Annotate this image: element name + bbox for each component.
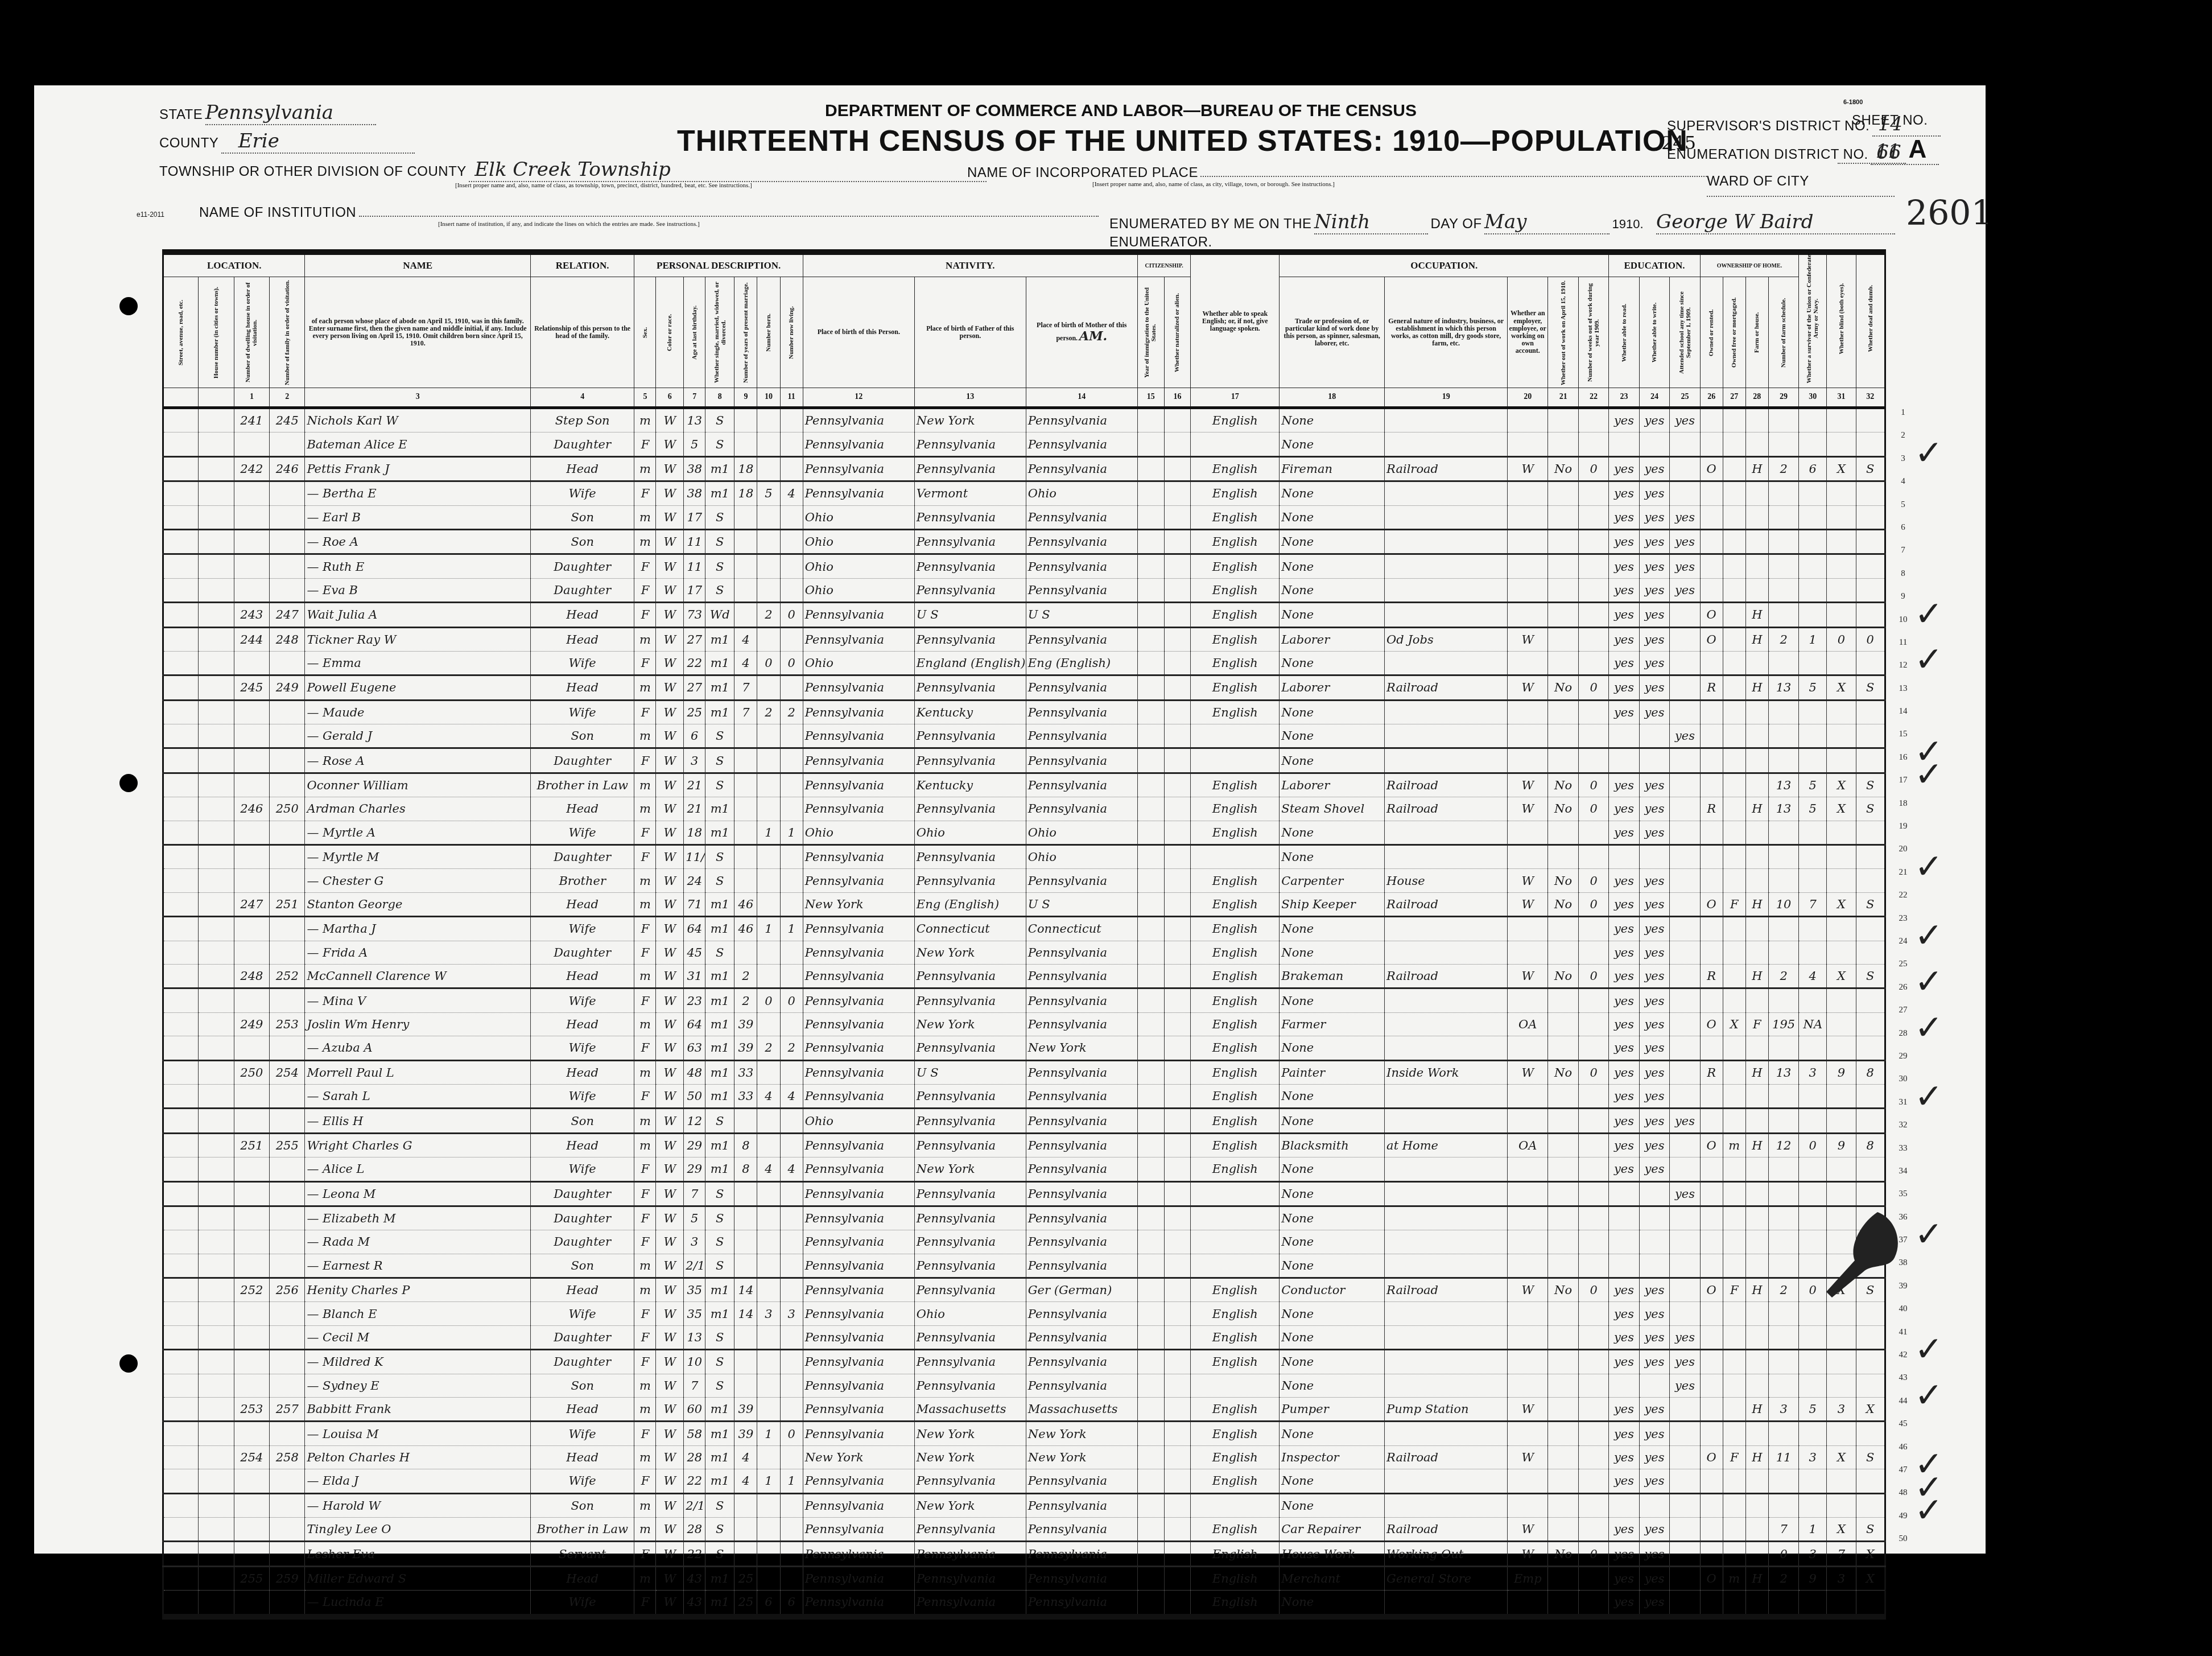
cell-rel: Son [530, 1493, 634, 1517]
cell-cl: 4 [780, 481, 803, 505]
line-number: 4 [1892, 470, 1914, 493]
cell-occ: None [1280, 1469, 1385, 1493]
cell-nat [1164, 821, 1191, 845]
cell-mf [1723, 675, 1745, 700]
county-field: County Erie [159, 130, 415, 154]
cell-name: — Ruth E [305, 554, 530, 578]
cell-c30: 9 [1799, 1566, 1827, 1590]
header-children-living: Number now living. [780, 277, 803, 388]
cell-lang: English [1191, 1302, 1280, 1325]
cell-bf: Pennsylvania [914, 964, 1026, 988]
cell-c32 [1856, 603, 1885, 627]
cell-emp [1508, 1230, 1548, 1254]
cell-wr: yes [1639, 456, 1669, 481]
line-number: 50 [1892, 1527, 1914, 1550]
cell-c32 [1856, 988, 1885, 1012]
cell-age: 22 [684, 1469, 705, 1493]
cell-name: — Roe A [305, 529, 530, 554]
cell-nat [1164, 578, 1191, 602]
cell-ym [734, 941, 757, 964]
cell-imm [1137, 456, 1164, 481]
cell-wk [1578, 1374, 1608, 1397]
cell-nat [1164, 1517, 1191, 1541]
line-number: 40 [1892, 1297, 1914, 1320]
cell-emp [1508, 529, 1548, 554]
header-write: Whether able to write. [1639, 277, 1669, 388]
cell-ow: No [1548, 773, 1578, 797]
sheet-label: Sheet No. [1852, 113, 1928, 129]
cell-lang [1191, 1206, 1280, 1230]
cell-name: — Sydney E [305, 1374, 530, 1397]
cell-age: 25 [684, 700, 705, 724]
cell-house [199, 1445, 234, 1469]
cell-cb: 4 [757, 1157, 780, 1181]
cell-fh: F [1745, 1012, 1768, 1036]
cell-fs [1768, 481, 1798, 505]
cell-age: 3 [684, 748, 705, 773]
cell-ind [1385, 578, 1508, 602]
cell-cb: 1 [757, 1422, 780, 1445]
cell-mf [1723, 941, 1745, 964]
table-row: — Cecil MDaughterFW13SPennsylvaniaPennsy… [163, 1325, 1885, 1349]
cell-bf: Pennsylvania [914, 1084, 1026, 1108]
cell-house [199, 917, 234, 941]
cell-own [1700, 1542, 1723, 1566]
cell-bm: Pennsylvania [1026, 1254, 1137, 1278]
cell-emp [1508, 505, 1548, 529]
cell-age: 29 [684, 1157, 705, 1181]
cell-rd: yes [1609, 408, 1639, 432]
cell-fam [270, 1157, 305, 1181]
cell-c30: NA [1799, 1012, 1827, 1036]
cell-ms: m1 [705, 456, 734, 481]
cell-lang [1191, 1181, 1280, 1206]
cell-fh: H [1745, 1566, 1768, 1590]
cell-fs: 13 [1768, 675, 1798, 700]
cell-ym [734, 797, 757, 821]
cell-bm: Pennsylvania [1026, 797, 1137, 821]
cell-occ: None [1280, 917, 1385, 941]
cell-sc: yes [1670, 1109, 1700, 1133]
cell-fs: 0 [1768, 1542, 1798, 1566]
cell-imm [1137, 1060, 1164, 1084]
cell-emp: W [1508, 1445, 1548, 1469]
cell-sex: m [634, 1133, 656, 1157]
header-marital: Whether single, married, widowed, or div… [705, 277, 734, 388]
cell-ym: 14 [734, 1302, 757, 1325]
cell-lang: English [1191, 1469, 1280, 1493]
cell-fs [1768, 1469, 1798, 1493]
cell-age: 13 [684, 1325, 705, 1349]
cell-lang: English [1191, 408, 1280, 432]
cell-house [199, 724, 234, 748]
cell-c32 [1856, 1591, 1885, 1617]
line-number: 22 [1892, 884, 1914, 907]
cell-emp [1508, 1109, 1548, 1133]
cell-ow: No [1548, 1060, 1578, 1084]
cell-dw [234, 1036, 269, 1060]
line-number: 28 [1892, 1022, 1914, 1045]
cell-rel: Head [530, 627, 634, 651]
group-location: LOCATION. [163, 252, 305, 277]
cell-nat [1164, 1422, 1191, 1445]
cell-race: W [656, 964, 684, 988]
cell-occ: None [1280, 1591, 1385, 1617]
cell-fh: H [1745, 1398, 1768, 1422]
cell-occ: None [1280, 554, 1385, 578]
cell-occ: Brakeman [1280, 964, 1385, 988]
cell-ym [734, 845, 757, 869]
cell-wk [1578, 1012, 1608, 1036]
cell-street [163, 917, 199, 941]
cell-ms: S [705, 1181, 734, 1206]
cell-bf: Kentucky [914, 700, 1026, 724]
cell-c32 [1856, 651, 1885, 675]
cell-c30 [1799, 1084, 1827, 1108]
cell-emp [1508, 1157, 1548, 1181]
cell-ms: m1 [705, 1084, 734, 1108]
cell-ms: m1 [705, 1060, 734, 1084]
cell-c31 [1827, 1591, 1856, 1617]
cell-bm: Ger (German) [1026, 1278, 1137, 1302]
cell-c32 [1856, 1374, 1885, 1397]
cell-wk [1578, 917, 1608, 941]
cell-ow: No [1548, 675, 1578, 700]
cell-wk [1578, 1422, 1608, 1445]
cell-street [163, 1469, 199, 1493]
cell-street [163, 554, 199, 578]
table-row: 247251Stanton GeorgeHeadmW71m146New York… [163, 892, 1885, 916]
table-row: — Louisa MWifeFW58m13910PennsylvaniaNew … [163, 1422, 1885, 1445]
cell-fs [1768, 941, 1798, 964]
table-row: 243247Wait Julia AHeadFW73Wd20Pennsylvan… [163, 603, 1885, 627]
cell-own [1700, 651, 1723, 675]
cell-nat [1164, 1374, 1191, 1397]
cell-rel: Head [530, 1133, 634, 1157]
cell-name: Wright Charles G [305, 1133, 530, 1157]
cell-emp [1508, 1422, 1548, 1445]
cell-ms: S [705, 408, 734, 432]
cell-ow: No [1548, 964, 1578, 988]
cell-bp: Ohio [803, 1109, 914, 1133]
cell-dw [234, 1493, 269, 1517]
cell-mf [1723, 845, 1745, 869]
cell-lang [1191, 1230, 1280, 1254]
cell-rel: Daughter [530, 1206, 634, 1230]
header-dwelling: Number of dwelling house in order of vis… [234, 277, 269, 388]
cell-own: R [1700, 1060, 1723, 1084]
cell-sex: m [634, 797, 656, 821]
cell-nat [1164, 505, 1191, 529]
cell-bm: Pennsylvania [1026, 675, 1137, 700]
cell-occ: Fireman [1280, 456, 1385, 481]
table-row: 249253Joslin Wm HenryHeadmW64m139Pennsyl… [163, 1012, 1885, 1036]
cell-mf [1723, 505, 1745, 529]
cell-ms: S [705, 432, 734, 456]
cell-street [163, 1398, 199, 1422]
cell-imm [1137, 1493, 1164, 1517]
cell-ind [1385, 1591, 1508, 1617]
cell-race: W [656, 917, 684, 941]
cell-nat [1164, 481, 1191, 505]
cell-bm: Pennsylvania [1026, 1157, 1137, 1181]
cell-dw [234, 1206, 269, 1230]
table-row: — MaudeWifeFW25m1722PennsylvaniaKentucky… [163, 700, 1885, 724]
cell-wr: yes [1639, 964, 1669, 988]
cell-imm [1137, 651, 1164, 675]
cell-bp: Pennsylvania [803, 481, 914, 505]
cell-fam [270, 529, 305, 554]
cell-bp: Pennsylvania [803, 1422, 914, 1445]
cell-dw [234, 481, 269, 505]
cell-wr: yes [1639, 481, 1669, 505]
cell-rd: yes [1609, 700, 1639, 724]
cell-age: 35 [684, 1302, 705, 1325]
line-number: 13 [1892, 677, 1914, 700]
cell-lang: English [1191, 892, 1280, 916]
cell-rel: Son [530, 1109, 634, 1133]
cell-cl [780, 1517, 803, 1541]
cell-house [199, 845, 234, 869]
cell-sc [1670, 481, 1700, 505]
cell-bp: Pennsylvania [803, 1181, 914, 1206]
cell-ind [1385, 1422, 1508, 1445]
cell-race: W [656, 821, 684, 845]
cell-occ: Laborer [1280, 627, 1385, 651]
cell-house [199, 1566, 234, 1590]
cell-ym: 2 [734, 964, 757, 988]
cell-bp: Pennsylvania [803, 1157, 914, 1181]
line-number: 11 [1892, 631, 1914, 654]
cell-nat [1164, 1591, 1191, 1617]
cell-street [163, 603, 199, 627]
cell-fh [1745, 554, 1768, 578]
cell-occ: None [1280, 432, 1385, 456]
cell-age: 6 [684, 724, 705, 748]
cell-lang: English [1191, 1325, 1280, 1349]
cell-own [1700, 1157, 1723, 1181]
cell-fh: H [1745, 797, 1768, 821]
cell-fh [1745, 821, 1768, 845]
cell-sc [1670, 1542, 1700, 1566]
cell-ow: No [1548, 797, 1578, 821]
cell-nat [1164, 988, 1191, 1012]
cell-cl [780, 505, 803, 529]
cell-c32 [1856, 1084, 1885, 1108]
cell-emp: W [1508, 1278, 1548, 1302]
cell-cb [757, 1181, 780, 1206]
cell-lang: English [1191, 1109, 1280, 1133]
cell-nat [1164, 675, 1191, 700]
cell-imm [1137, 700, 1164, 724]
cell-age: 7 [684, 1181, 705, 1206]
cell-c32 [1856, 1469, 1885, 1493]
cell-house [199, 578, 234, 602]
cell-mf: X [1723, 1012, 1745, 1036]
cell-bm: Pennsylvania [1026, 1374, 1137, 1397]
cell-sc [1670, 1591, 1700, 1617]
cell-own: R [1700, 964, 1723, 988]
cell-c31: 9 [1827, 1060, 1856, 1084]
check-mark-icon: ✓ [1914, 1490, 1966, 1530]
cell-ow [1548, 408, 1578, 432]
cell-occ: Painter [1280, 1060, 1385, 1084]
cell-own [1700, 1422, 1723, 1445]
cell-imm [1137, 1445, 1164, 1469]
header-street: Street, avenue, road, etc. [163, 277, 199, 388]
cell-cl [780, 432, 803, 456]
cell-rd: yes [1609, 988, 1639, 1012]
cell-bp: Pennsylvania [803, 1254, 914, 1278]
cell-ym: 8 [734, 1133, 757, 1157]
cell-cb: 4 [757, 1084, 780, 1108]
cell-ind [1385, 1181, 1508, 1206]
cell-occ: None [1280, 578, 1385, 602]
cell-mf [1723, 1374, 1745, 1397]
cell-ind [1385, 1254, 1508, 1278]
cell-race: W [656, 700, 684, 724]
cell-sex: m [634, 1012, 656, 1036]
cell-fs [1768, 578, 1798, 602]
cell-c31 [1827, 1374, 1856, 1397]
cell-fam [270, 1374, 305, 1397]
cell-c32 [1856, 1157, 1885, 1181]
column-number: 16 [1164, 388, 1191, 408]
cell-fs [1768, 1325, 1798, 1349]
cell-fam [270, 748, 305, 773]
cell-c31 [1827, 1469, 1856, 1493]
cell-house [199, 675, 234, 700]
cell-rd [1609, 432, 1639, 456]
cell-imm [1137, 1036, 1164, 1060]
cell-rel: Step Son [530, 408, 634, 432]
county-value: Erie [221, 130, 415, 154]
cell-wk: 0 [1578, 773, 1608, 797]
cell-c31 [1827, 408, 1856, 432]
department-heading: DEPARTMENT OF COMMERCE AND LABOR—BUREAU … [825, 101, 1417, 121]
check-mark-icon: ✓ [1914, 1008, 1966, 1048]
cell-c30 [1799, 700, 1827, 724]
cell-cl: 1 [780, 1469, 803, 1493]
cell-rel: Wife [530, 988, 634, 1012]
cell-wk [1578, 1517, 1608, 1541]
header-language: Whether able to speak English; or, if no… [1191, 252, 1280, 388]
cell-street [163, 1302, 199, 1325]
cell-emp: Emp [1508, 1566, 1548, 1590]
cell-c31: X [1827, 773, 1856, 797]
cell-rel: Daughter [530, 748, 634, 773]
cell-rd: yes [1609, 603, 1639, 627]
cell-bf: England (English) [914, 651, 1026, 675]
table-row: — Myrtle MDaughterFW11/12SPennsylvaniaPe… [163, 845, 1885, 869]
cell-sex: F [634, 1181, 656, 1206]
cell-bm: Pennsylvania [1026, 700, 1137, 724]
cell-ind: Inside Work [1385, 1060, 1508, 1084]
line-number: 7 [1892, 539, 1914, 562]
cell-own [1700, 1374, 1723, 1397]
cell-ind: General Store [1385, 1566, 1508, 1590]
cell-c30 [1799, 481, 1827, 505]
cell-wr: yes [1639, 627, 1669, 651]
cell-ms: S [705, 869, 734, 892]
cell-dw [234, 432, 269, 456]
cell-fam: 245 [270, 408, 305, 432]
cell-bp: Pennsylvania [803, 1469, 914, 1493]
cell-c31: 0 [1827, 627, 1856, 651]
cell-nat [1164, 1278, 1191, 1302]
cell-imm [1137, 1398, 1164, 1422]
cell-sc: yes [1670, 408, 1700, 432]
cell-sc: yes [1670, 529, 1700, 554]
header-naturalized: Whether naturalized or alien. [1164, 277, 1191, 388]
line-number: 47 [1892, 1459, 1914, 1481]
cell-imm [1137, 1542, 1164, 1566]
cell-rd: yes [1609, 1133, 1639, 1157]
cell-emp [1508, 554, 1548, 578]
cell-occ: None [1280, 821, 1385, 845]
cell-wr: yes [1639, 1036, 1669, 1060]
cell-lang: English [1191, 869, 1280, 892]
cell-fh [1745, 1542, 1768, 1566]
cell-wr: yes [1639, 1157, 1669, 1181]
cell-fh: H [1745, 675, 1768, 700]
cell-rd: yes [1609, 1012, 1639, 1036]
cell-street [163, 1060, 199, 1084]
cell-fam [270, 1302, 305, 1325]
cell-c30: 5 [1799, 773, 1827, 797]
cell-rel: Daughter [530, 1350, 634, 1374]
cell-wk [1578, 432, 1608, 456]
cell-own [1700, 1493, 1723, 1517]
column-number: 23 [1609, 388, 1639, 408]
cell-fam [270, 1181, 305, 1206]
cell-wr: yes [1639, 1517, 1669, 1541]
cell-age: 2/12 [684, 1254, 705, 1278]
cell-occ: None [1280, 700, 1385, 724]
column-number: 30 [1799, 388, 1827, 408]
cell-wk [1578, 1398, 1608, 1422]
cell-rd: yes [1609, 892, 1639, 916]
cell-house [199, 1542, 234, 1566]
enumerator-label: Enumerator. [1109, 234, 1212, 250]
cell-c30 [1799, 554, 1827, 578]
cell-own: O [1700, 1278, 1723, 1302]
cell-race: W [656, 1374, 684, 1397]
cell-wr: yes [1639, 1591, 1669, 1617]
cell-rd: yes [1609, 941, 1639, 964]
table-row: — Eva BDaughterFW17SOhioPennsylvaniaPenn… [163, 578, 1885, 602]
table-row: — Sarah LWifeFW50m13344PennsylvaniaPenns… [163, 1084, 1885, 1108]
cell-c32 [1856, 1109, 1885, 1133]
cell-fam [270, 651, 305, 675]
column-number: 24 [1639, 388, 1669, 408]
cell-rd: yes [1609, 1060, 1639, 1084]
cell-rel: Son [530, 1254, 634, 1278]
cell-cb: 0 [757, 988, 780, 1012]
punch-hole [119, 774, 138, 792]
cell-street [163, 1445, 199, 1469]
cell-rd: yes [1609, 481, 1639, 505]
header-name: of each person whose place of abode on A… [305, 277, 530, 388]
cell-ym: 46 [734, 917, 757, 941]
cell-c30: 5 [1799, 797, 1827, 821]
cell-nat [1164, 1325, 1191, 1349]
cell-street [163, 432, 199, 456]
table-row: 254258Pelton Charles HHeadmW28m14New Yor… [163, 1445, 1885, 1469]
cell-wr: yes [1639, 988, 1669, 1012]
cell-street [163, 1206, 199, 1230]
cell-rel: Wife [530, 1084, 634, 1108]
